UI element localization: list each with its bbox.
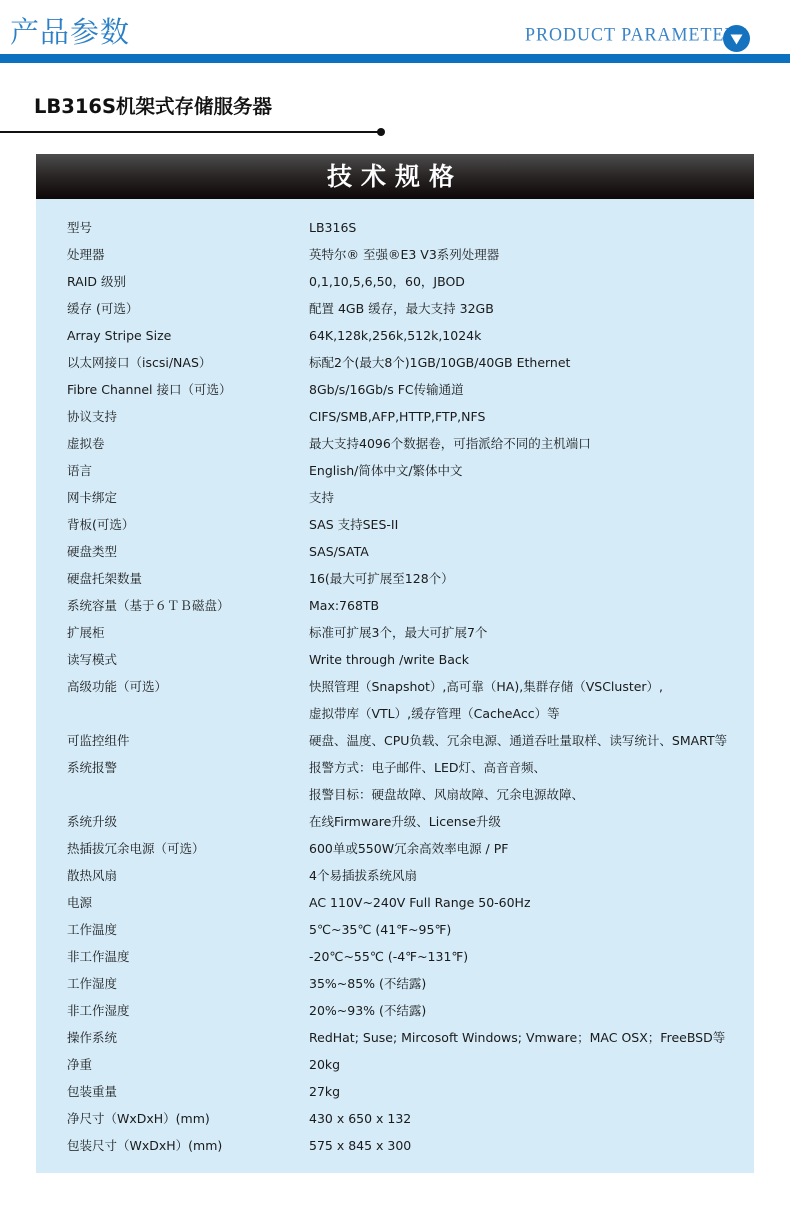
spec-label: 以太网接口（iscsi/NAS） (67, 349, 211, 376)
spec-value: 支持 (309, 484, 334, 511)
table-row: 型号LB316S (36, 214, 754, 241)
spec-value: SAS/SATA (309, 538, 369, 565)
table-row: 高级功能（可选）快照管理（Snapshot）,高可靠（HA),集群存储（VSCl… (36, 673, 754, 700)
spec-value: -20℃~55℃ (-4℉~131℉) (309, 943, 468, 970)
table-row: 扩展柜标准可扩展3个，最大可扩展7个 (36, 619, 754, 646)
table-row: 系统升级在线Firmware升级、License升级 (36, 808, 754, 835)
spec-label: 系统容量（基于６ＴＢ磁盘） (67, 592, 230, 619)
spec-label: 热插拔冗余电源（可选） (67, 835, 205, 862)
spec-value: 20kg (309, 1051, 340, 1078)
spec-value: AC 110V~240V Full Range 50-60Hz (309, 889, 531, 916)
spec-table: 技术规格 型号LB316S处理器英特尔® 至强®E3 V3系列处理器RAID 级… (36, 154, 754, 1173)
spec-label: 可监控组件 (67, 727, 130, 754)
product-title: LB316S机架式存储服务器 (34, 94, 272, 120)
table-row: 硬盘托架数量16(最大可扩展至128个） (36, 565, 754, 592)
spec-value: 16(最大可扩展至128个） (309, 565, 454, 592)
table-row: 虚拟带库（VTL）,缓存管理（CacheAcc）等 (36, 700, 754, 727)
spec-value: 硬盘、温度、CPU负载、冗余电源、通道吞吐量取样、读写统计、SMART等 (309, 727, 727, 754)
spec-label: Fibre Channel 接口（可选） (67, 376, 232, 403)
spec-label: 语言 (67, 457, 92, 484)
spec-label: 散热风扇 (67, 862, 117, 889)
table-row: 以太网接口（iscsi/NAS）标配2个(最大8个)1GB/10GB/40GB … (36, 349, 754, 376)
spec-value: 报警目标：硬盘故障、风扇故障、冗余电源故障、 (309, 781, 584, 808)
spec-value: Max:768TB (309, 592, 379, 619)
spec-value: 配置 4GB 缓存，最大支持 32GB (309, 295, 494, 322)
spec-value: RedHat; Suse; Mircosoft Windows; Vmware；… (309, 1024, 725, 1051)
spec-value: SAS 支持SES-II (309, 511, 398, 538)
spec-value: 标准可扩展3个，最大可扩展7个 (309, 619, 487, 646)
spec-value: 430 x 650 x 132 (309, 1105, 411, 1132)
spec-value: 20%~93% (不结露) (309, 997, 426, 1024)
table-row: 系统容量（基于６ＴＢ磁盘）Max:768TB (36, 592, 754, 619)
spec-value: 报警方式：电子邮件、LED灯、高音音频、 (309, 754, 546, 781)
section-title-en: PRODUCT PARAMETERS (525, 22, 749, 46)
table-row: 报警目标：硬盘故障、风扇故障、冗余电源故障、 (36, 781, 754, 808)
spec-value: CIFS/SMB,AFP,HTTP,FTP,NFS (309, 403, 485, 430)
table-row: 网卡绑定支持 (36, 484, 754, 511)
table-row: 热插拔冗余电源（可选）600单或550W冗余高效率电源 / PF (36, 835, 754, 862)
spec-label: RAID 级别 (67, 268, 126, 295)
spec-label: 包装重量 (67, 1078, 117, 1105)
spec-value: 5℃~35℃ (41℉~95℉) (309, 916, 451, 943)
spec-value: 在线Firmware升级、License升级 (309, 808, 501, 835)
table-row: Array Stripe Size64K,128k,256k,512k,1024… (36, 322, 754, 349)
spec-label: 协议支持 (67, 403, 117, 430)
spec-value: 英特尔® 至强®E3 V3系列处理器 (309, 241, 499, 268)
spec-value: LB316S (309, 214, 356, 241)
table-row: 缓存 (可选）配置 4GB 缓存，最大支持 32GB (36, 295, 754, 322)
spec-label: 净重 (67, 1051, 92, 1078)
spec-label: 虚拟卷 (67, 430, 105, 457)
table-row: 包装尺寸（WxDxH）(mm)575 x 845 x 300 (36, 1132, 754, 1159)
spec-label: 净尺寸（WxDxH）(mm) (67, 1105, 210, 1132)
spec-value: 575 x 845 x 300 (309, 1132, 411, 1159)
table-row: 背板(可选）SAS 支持SES-II (36, 511, 754, 538)
table-row: 系统报警报警方式：电子邮件、LED灯、高音音频、 (36, 754, 754, 781)
chevron-down-circle-icon (723, 25, 750, 52)
table-row: Fibre Channel 接口（可选）8Gb/s/16Gb/s FC传输通道 (36, 376, 754, 403)
triangle-down-icon (723, 25, 750, 52)
spec-label: 工作温度 (67, 916, 117, 943)
divider-dot (377, 128, 385, 136)
spec-label: 非工作湿度 (67, 997, 130, 1024)
spec-value: Write through /write Back (309, 646, 469, 673)
spec-value: 35%~85% (不结露) (309, 970, 426, 997)
spec-table-heading: 技术规格 (36, 154, 754, 199)
spec-value: 8Gb/s/16Gb/s FC传输通道 (309, 376, 464, 403)
spec-value: 最大支持4096个数据卷，可指派给不同的主机端口 (309, 430, 591, 457)
spec-label: 缓存 (可选） (67, 295, 138, 322)
table-row: 非工作温度-20℃~55℃ (-4℉~131℉) (36, 943, 754, 970)
spec-label: 扩展柜 (67, 619, 105, 646)
spec-label: 高级功能（可选） (67, 673, 167, 700)
spec-label: 包装尺寸（WxDxH）(mm) (67, 1132, 222, 1159)
table-row: 净尺寸（WxDxH）(mm)430 x 650 x 132 (36, 1105, 754, 1132)
spec-label: 型号 (67, 214, 92, 241)
table-row: 非工作湿度20%~93% (不结露) (36, 997, 754, 1024)
table-row: 包装重量27kg (36, 1078, 754, 1105)
spec-value: 0,1,10,5,6,50，60，JBOD (309, 268, 465, 295)
spec-label: 操作系统 (67, 1024, 117, 1051)
spec-label: 背板(可选） (67, 511, 134, 538)
table-row: 可监控组件硬盘、温度、CPU负载、冗余电源、通道吞吐量取样、读写统计、SMART… (36, 727, 754, 754)
table-row: 散热风扇4个易插拔系统风扇 (36, 862, 754, 889)
spec-label: 系统升级 (67, 808, 117, 835)
table-row: 工作温度5℃~35℃ (41℉~95℉) (36, 916, 754, 943)
spec-label: 工作湿度 (67, 970, 117, 997)
table-row: 虚拟卷最大支持4096个数据卷，可指派给不同的主机端口 (36, 430, 754, 457)
table-row: 电源AC 110V~240V Full Range 50-60Hz (36, 889, 754, 916)
table-row: 语言English/简体中文/繁体中文 (36, 457, 754, 484)
table-row: 工作湿度35%~85% (不结露) (36, 970, 754, 997)
spec-value: 快照管理（Snapshot）,高可靠（HA),集群存储（VSCluster）, (309, 673, 663, 700)
table-row: 操作系统RedHat; Suse; Mircosoft Windows; Vmw… (36, 1024, 754, 1051)
spec-rows: 型号LB316S处理器英特尔® 至强®E3 V3系列处理器RAID 级别0,1,… (36, 214, 754, 1159)
table-row: 协议支持CIFS/SMB,AFP,HTTP,FTP,NFS (36, 403, 754, 430)
spec-label: 网卡绑定 (67, 484, 117, 511)
spec-label: 电源 (67, 889, 92, 916)
spec-value: 600单或550W冗余高效率电源 / PF (309, 835, 508, 862)
spec-label: 硬盘类型 (67, 538, 117, 565)
header-accent-bar (0, 54, 790, 63)
section-title-cn: 产品参数 (10, 14, 130, 50)
table-row: 读写模式Write through /write Back (36, 646, 754, 673)
divider-line (0, 131, 380, 133)
table-row: 处理器英特尔® 至强®E3 V3系列处理器 (36, 241, 754, 268)
table-row: 净重20kg (36, 1051, 754, 1078)
spec-label: Array Stripe Size (67, 322, 171, 349)
spec-value: 27kg (309, 1078, 340, 1105)
spec-label: 处理器 (67, 241, 105, 268)
spec-label: 硬盘托架数量 (67, 565, 142, 592)
spec-label: 非工作温度 (67, 943, 130, 970)
spec-value: 虚拟带库（VTL）,缓存管理（CacheAcc）等 (309, 700, 560, 727)
table-row: 硬盘类型SAS/SATA (36, 538, 754, 565)
table-row: RAID 级别0,1,10,5,6,50，60，JBOD (36, 268, 754, 295)
spec-value: English/简体中文/繁体中文 (309, 457, 463, 484)
spec-value: 64K,128k,256k,512k,1024k (309, 322, 481, 349)
spec-label: 系统报警 (67, 754, 117, 781)
spec-value: 4个易插拔系统风扇 (309, 862, 417, 889)
spec-value: 标配2个(最大8个)1GB/10GB/40GB Ethernet (309, 349, 570, 376)
spec-label: 读写模式 (67, 646, 117, 673)
